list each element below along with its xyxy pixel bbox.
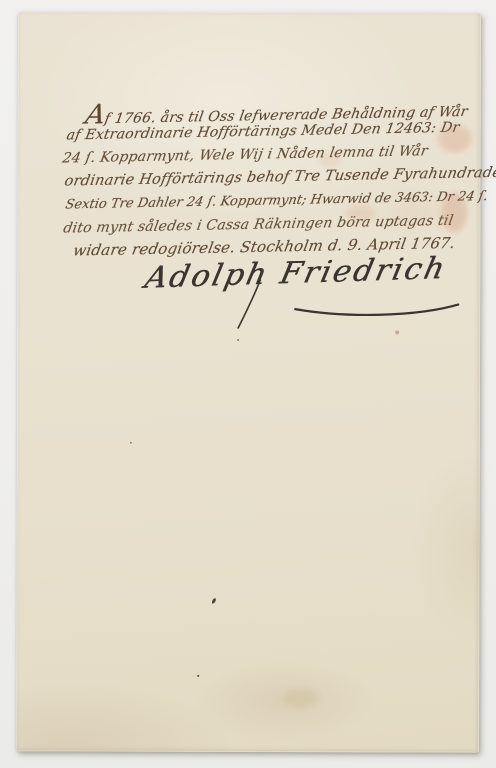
paper-stain (395, 330, 399, 334)
ink-speck (130, 442, 132, 444)
ink-offset-stain (438, 124, 472, 152)
ink-offset-stain (345, 204, 375, 222)
manuscript-line-3: 24 ſ. Kopparmynt, Wele Wij i Nåden lemna… (61, 144, 429, 165)
paper-stain (284, 688, 318, 708)
ink-speck (197, 675, 199, 677)
ink-offset-stain (441, 193, 467, 233)
manuscript-line-5: Sextio Tre Dahler 24 ſ. Kopparmynt; Hwar… (64, 190, 488, 211)
manuscript-line-6: dito mynt således i Cassa Räkningen böra… (62, 214, 454, 236)
document-paper: Af 1766. års til Oss lefwererade Behåldn… (16, 11, 481, 752)
photo-background: Af 1766. års til Oss lefwererade Behåldn… (0, 0, 496, 768)
signature: Adolph Friedrich (142, 254, 449, 294)
manuscript-line-4: ordinarie Hofförtärings behof Tre Tusend… (63, 166, 496, 189)
ink-offset-stain (318, 152, 342, 166)
manuscript-text-block: Af 1766. års til Oss lefwererade Behåldn… (16, 11, 481, 752)
ink-speck (237, 339, 239, 341)
